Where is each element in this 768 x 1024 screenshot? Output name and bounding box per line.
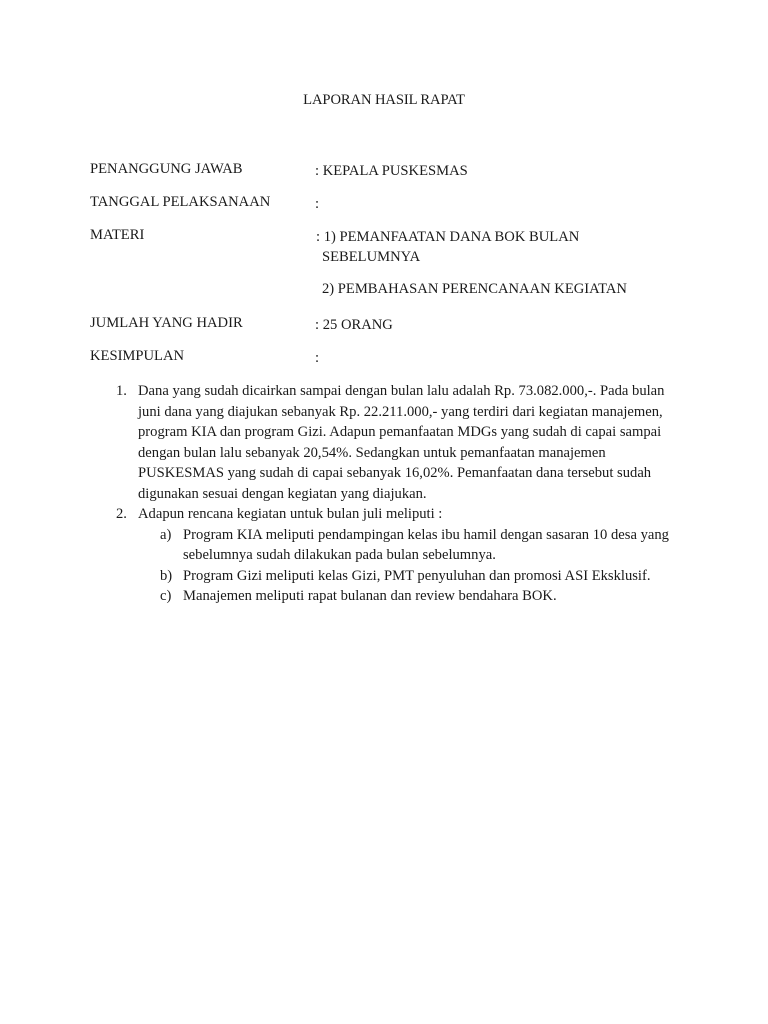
field-label: TANGGAL PELAKSANAAN — [90, 194, 270, 211]
conclusion-item: 1. Dana yang sudah dicairkan sampai deng… — [112, 381, 672, 504]
field-label: PENANGGUNG JAWAB — [90, 161, 242, 178]
field-value: : — [315, 194, 319, 214]
conclusion-item: 2. Adapun rencana kegiatan untuk bulan j… — [112, 504, 672, 525]
sub-item-text: Manajemen meliputi rapat bulanan dan rev… — [183, 588, 557, 604]
conclusion-list: 1. Dana yang sudah dicairkan sampai deng… — [112, 381, 672, 607]
sub-item-letter: a) — [160, 525, 171, 546]
conclusion-text: Adapun rencana kegiatan untuk bulan juli… — [138, 506, 442, 522]
field-value: : 1) PEMANFAATAN DANA BOK BULAN SEBELUMN… — [316, 227, 579, 267]
field-label: KESIMPULAN — [90, 348, 184, 365]
sub-item-letter: b) — [160, 566, 172, 587]
document-title: LAPORAN HASIL RAPAT — [0, 92, 768, 109]
field-label: MATERI — [90, 227, 144, 244]
materi-item-2: 2) PEMBAHASAN PERENCANAAN KEGIATAN — [322, 281, 627, 298]
materi-item-1-continued: SEBELUMNYA — [316, 247, 579, 267]
list-number: 2. — [116, 504, 127, 525]
sub-item: a) Program KIA meliputi pendampingan kel… — [112, 525, 672, 566]
document-page: LAPORAN HASIL RAPAT PENANGGUNG JAWAB : K… — [0, 0, 768, 1024]
conclusion-text: Dana yang sudah dicairkan sampai dengan … — [138, 383, 664, 502]
field-value: : — [315, 348, 319, 368]
list-number: 1. — [116, 381, 127, 402]
materi-item-1: : 1) PEMANFAATAN DANA BOK BULAN — [316, 229, 579, 245]
sub-item: b) Program Gizi meliputi kelas Gizi, PMT… — [112, 566, 672, 587]
sub-item-text: Program Gizi meliputi kelas Gizi, PMT pe… — [183, 568, 651, 584]
field-label: JUMLAH YANG HADIR — [90, 315, 243, 332]
sub-item-text: Program KIA meliputi pendampingan kelas … — [183, 527, 669, 564]
sub-item-letter: c) — [160, 586, 171, 607]
sub-item: c) Manajemen meliputi rapat bulanan dan … — [112, 586, 672, 607]
field-value: : 25 ORANG — [315, 315, 393, 335]
field-value: : KEPALA PUSKESMAS — [315, 161, 468, 181]
